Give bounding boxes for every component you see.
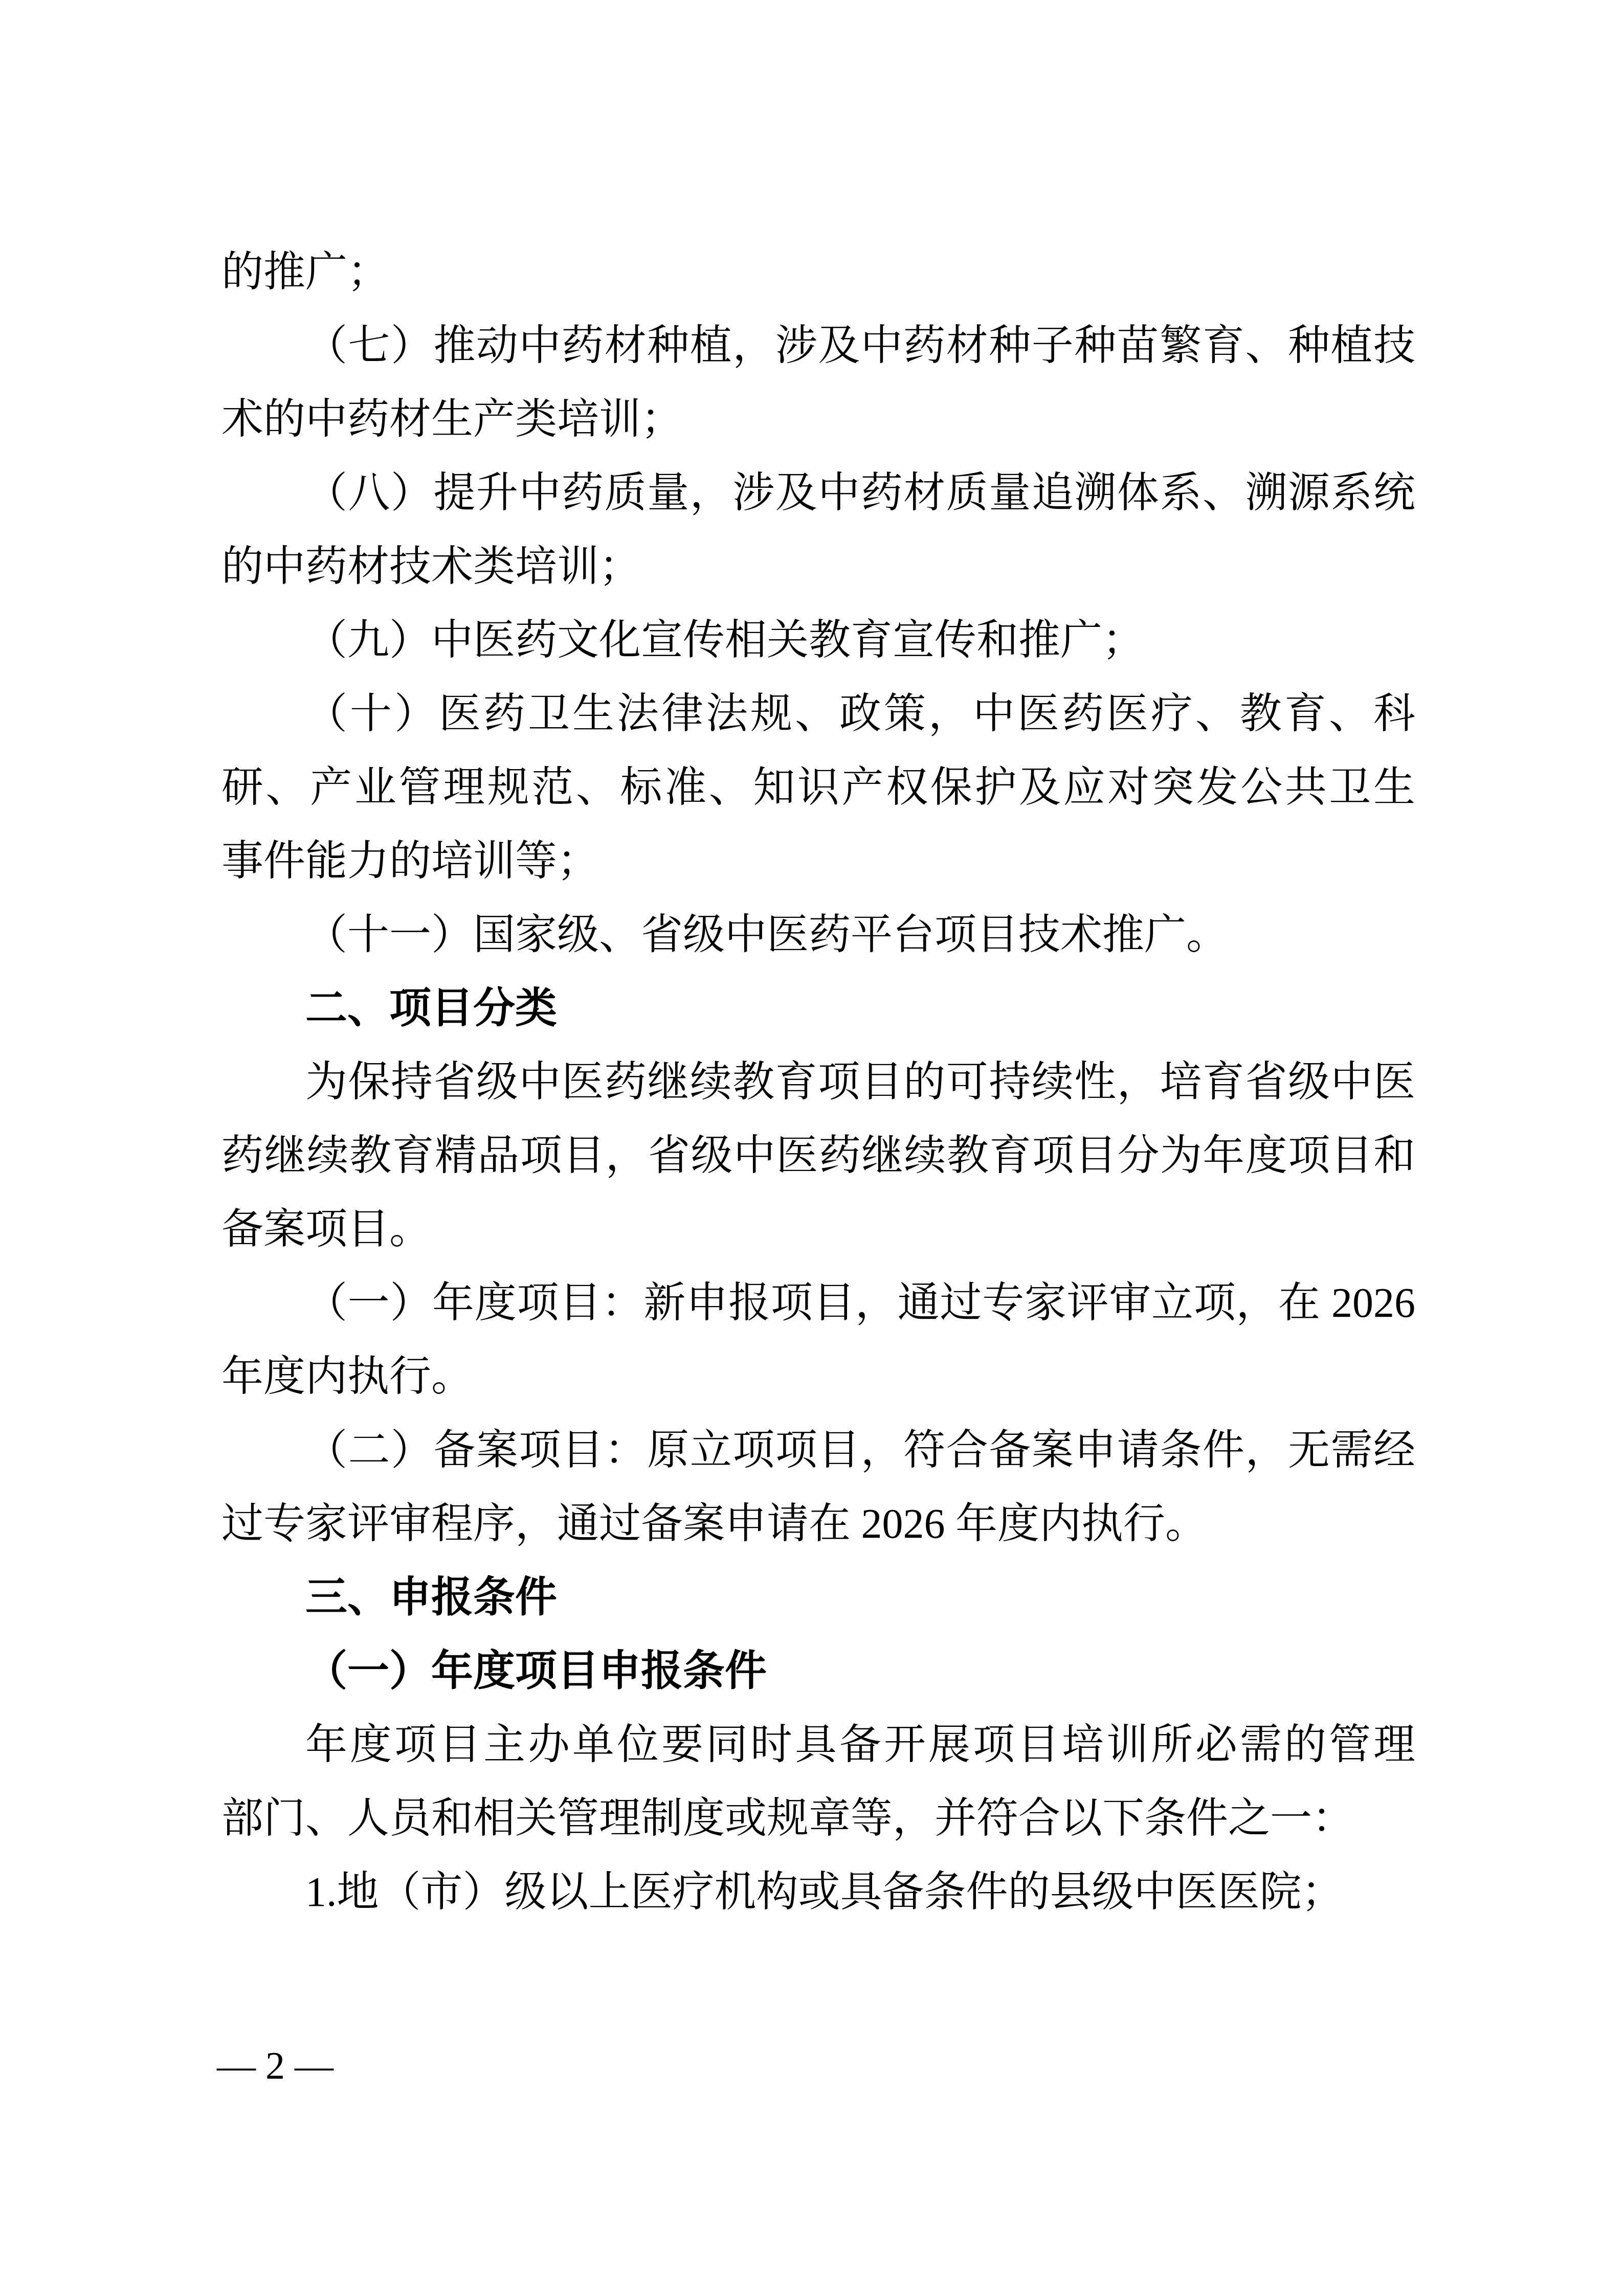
document-page: 的推广；（七）推动中药材种植，涉及中药材种子种苗繁育、种植技术的中药材生产类培训… (0, 0, 1624, 2296)
heading-line: 二、项目分类 (221, 972, 1415, 1045)
text-line: （二）备案项目：原立项项目，符合备案申请条件，无需经 (221, 1413, 1415, 1487)
text-line: 的中药材技术类培训； (221, 530, 1415, 603)
heading-line: （一）年度项目申报条件 (221, 1634, 1415, 1708)
text-line: 部门、人员和相关管理制度或规章等，并符合以下条件之一： (221, 1782, 1415, 1855)
text-line: 年度内执行。 (221, 1340, 1415, 1413)
text-line: （九）中医药文化宣传相关教育宣传和推广； (221, 603, 1415, 677)
text-line: 药继续教育精品项目，省级中医药继续教育项目分为年度项目和 (221, 1119, 1415, 1192)
text-line: （十一）国家级、省级中医药平台项目技术推广。 (221, 898, 1415, 972)
document-content: 的推广；（七）推动中药材种植，涉及中药材种子种苗繁育、种植技术的中药材生产类培训… (221, 235, 1415, 1929)
text-line: 备案项目。 (221, 1192, 1415, 1266)
text-line: （七）推动中药材种植，涉及中药材种子种苗繁育、种植技 (221, 309, 1415, 382)
text-line: （八）提升中药质量，涉及中药材质量追溯体系、溯源系统 (221, 456, 1415, 530)
text-line: 1.地（市）级以上医疗机构或具备条件的县级中医医院； (221, 1855, 1415, 1929)
text-line: （一）年度项目：新申报项目，通过专家评审立项，在 2026 (221, 1266, 1415, 1340)
text-line: 的推广； (221, 235, 1415, 309)
page-number: — 2 — (217, 2038, 333, 2094)
text-line: （十）医药卫生法律法规、政策，中医药医疗、教育、科 (221, 677, 1415, 751)
text-line: 为保持省级中医药继续教育项目的可持续性，培育省级中医 (221, 1045, 1415, 1119)
text-line: 研、产业管理规范、标准、知识产权保护及应对突发公共卫生 (221, 751, 1415, 824)
text-line: 术的中药材生产类培训； (221, 382, 1415, 456)
text-line: 过专家评审程序，通过备案申请在 2026 年度内执行。 (221, 1487, 1415, 1561)
heading-line: 三、申报条件 (221, 1561, 1415, 1634)
text-line: 年度项目主办单位要同时具备开展项目培训所必需的管理 (221, 1708, 1415, 1782)
text-line: 事件能力的培训等； (221, 824, 1415, 898)
